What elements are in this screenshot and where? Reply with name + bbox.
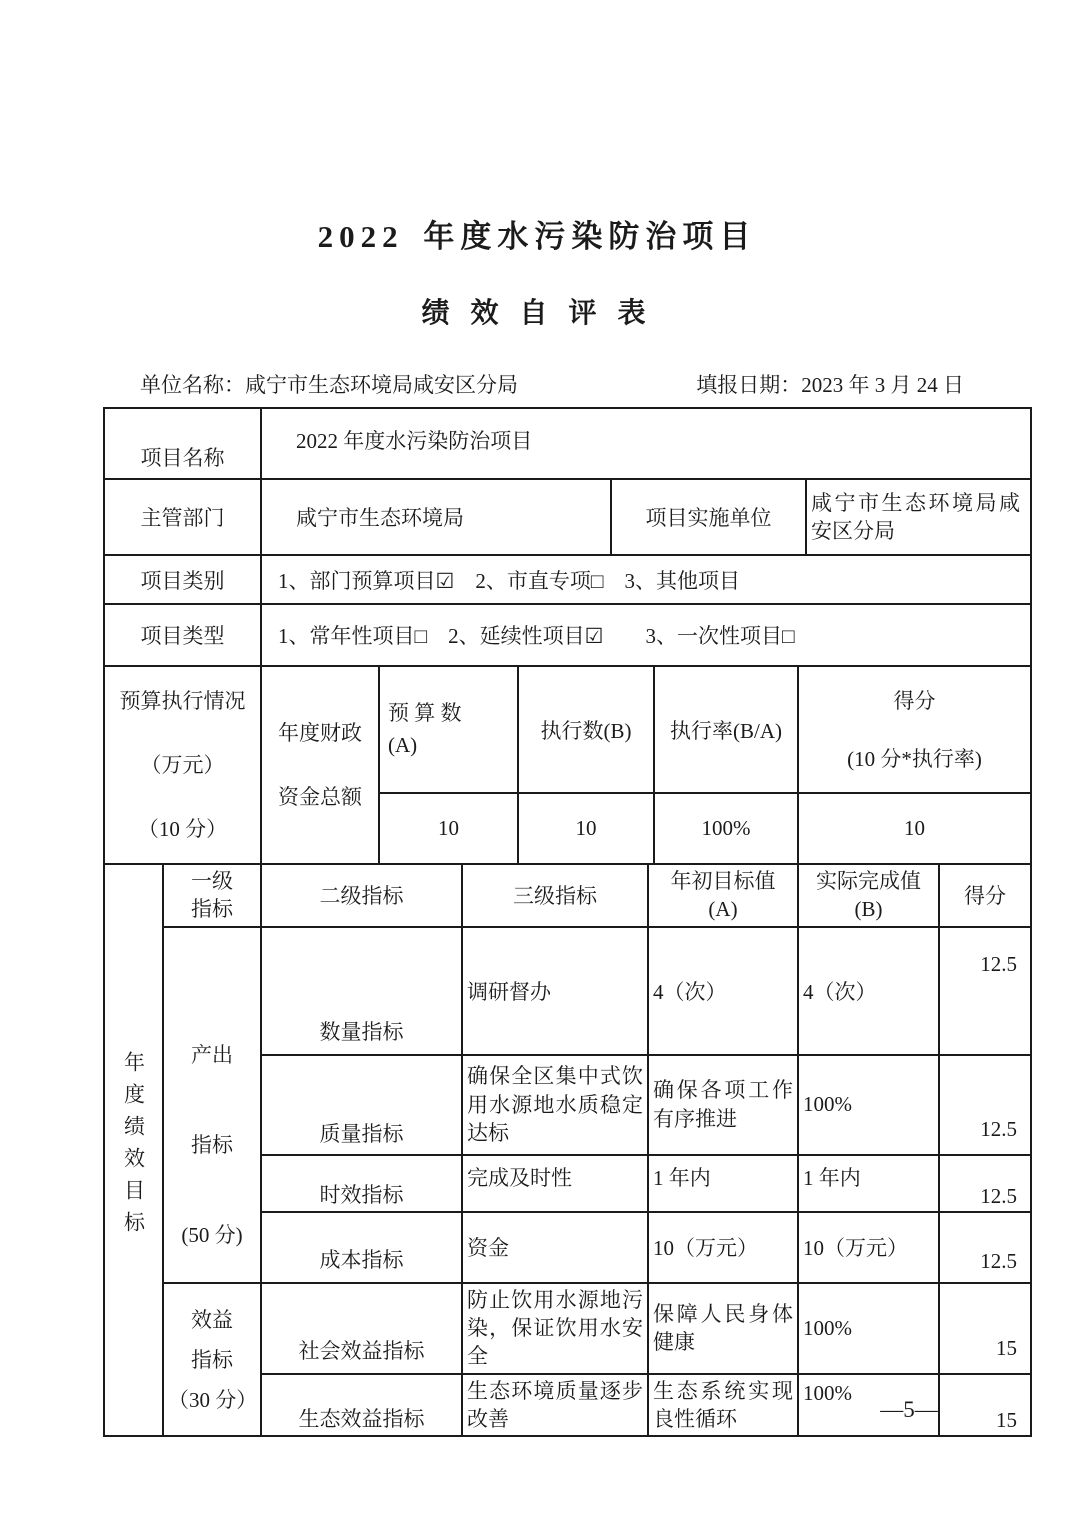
implementing-unit-value: 咸宁市生态环境局咸安区分局 [806,479,1031,555]
project-name-value: 2022 年度水污染防治项目 [261,408,1031,479]
header-level3: 三级指标 [462,864,648,927]
table-row: 年度绩效目标 一级 指标 二级指标 三级指标 年初目标值 (A) 实际完成值 (… [104,864,1031,927]
info-line: 单位名称：咸宁市生态环境局咸安区分局 填报日期：2023 年 3 月 24 日 [140,369,964,399]
document-page: 2022 年度水污染防治项目 绩 效 自 评 表 单位名称：咸宁市生态环境局咸安… [0,0,1074,1520]
perf-level3: 调研督办 [462,927,648,1055]
budget-score-value: 10 [798,793,1031,864]
report-date-label: 填报日期： [696,373,801,397]
implementing-unit-label: 项目实施单位 [611,479,806,555]
budget-value: 10 [379,793,518,864]
perf-level3: 完成及时性 [462,1155,648,1212]
budget-section-label: 预算执行情况 （万元） （10 分） [104,666,261,864]
table-row: 项目名称 2022 年度水污染防治项目 [104,408,1031,479]
perf-score: 12.5 [939,1212,1031,1283]
perf-score: 12.5 [939,1055,1031,1155]
project-name-label: 项目名称 [104,408,261,479]
document-subtitle: 绩 效 自 评 表 [0,291,1074,331]
report-date-field: 填报日期：2023 年 3 月 24 日 [696,369,964,399]
performance-section-label: 年度绩效目标 [119,1051,149,1243]
rate-value: 100% [654,793,798,864]
perf-actual: 1 年内 [798,1155,939,1212]
perf-level3: 确保全区集中式饮用水源地水质稳定达标 [462,1055,648,1155]
perf-level3: 生态环境质量逐步改善 [462,1374,648,1437]
perf-target: 生态系统实现良性循环 [648,1374,798,1437]
perf-score: 15 [939,1283,1031,1374]
perf-level2: 数量指标 [261,927,462,1055]
unit-name-value: 咸宁市生态环境局咸安区分局 [245,373,518,397]
perf-actual: 100% [798,1283,939,1374]
header-score: 得分 [939,864,1031,927]
perf-target: 10（万元） [648,1212,798,1283]
budget-col-header: 预 算 数 (A) [379,666,518,793]
header-target: 年初目标值 (A) [648,864,798,927]
supervisor-label: 主管部门 [104,479,261,555]
table-row: 项目类别 1、部门预算项目☑ 2、市直专项□ 3、其他项目 [104,555,1031,604]
table-row: 产出 指标 (50 分) 数量指标 调研督办 4（次） 4（次） 12.5 [104,927,1031,1055]
perf-score: 12.5 [939,927,1031,1055]
perf-target: 确保各项工作有序推进 [648,1055,798,1155]
report-date-value: 2023 年 3 月 24 日 [801,373,964,397]
performance-table: 年度绩效目标 一级 指标 二级指标 三级指标 年初目标值 (A) 实际完成值 (… [103,863,1032,1437]
document-title: 2022 年度水污染防治项目 [0,211,1074,256]
perf-target: 1 年内 [648,1155,798,1212]
perf-level2: 时效指标 [261,1155,462,1212]
perf-actual: 100% [798,1055,939,1155]
perf-target: 4（次） [648,927,798,1055]
table-row: 预算执行情况 （万元） （10 分） 年度财政 资金总额 预 算 数 (A) 执… [104,666,1031,793]
header-level2: 二级指标 [261,864,462,927]
performance-section-cell: 年度绩效目标 [104,864,163,1436]
category-label: 项目类别 [104,555,261,604]
rate-col-header: 执行率(B/A) [654,666,798,793]
perf-level3: 资金 [462,1212,648,1283]
table-row: 效益 指标 （30 分） 社会效益指标 防止饮用水源地污染，保证饮用水安全 保障… [104,1283,1031,1374]
table-row: 项目类型 1、常年性项目□ 2、延续性项目☑ 3、一次性项目□ [104,604,1031,666]
project-info-table: 项目名称 2022 年度水污染防治项目 主管部门 咸宁市生态环境局 项目实施单位… [103,407,1032,667]
group-output-label: 产出 指标 (50 分) [163,927,261,1283]
perf-level3: 防止饮用水源地污染，保证饮用水安全 [462,1283,648,1374]
score-col-header: 得分 (10 分*执行率) [798,666,1031,793]
perf-level2: 质量指标 [261,1055,462,1155]
group-benefit-label: 效益 指标 （30 分） [163,1283,261,1437]
perf-target: 保障人民身体健康 [648,1283,798,1374]
executed-value: 10 [518,793,654,864]
perf-actual: 10（万元） [798,1212,939,1283]
category-value: 1、部门预算项目☑ 2、市直专项□ 3、其他项目 [261,555,1031,604]
table-row: 主管部门 咸宁市生态环境局 项目实施单位 咸宁市生态环境局咸安区分局 [104,479,1031,555]
unit-name-field: 单位名称：咸宁市生态环境局咸安区分局 [140,369,518,399]
perf-level2: 社会效益指标 [261,1283,462,1374]
page-number: —5— [853,1397,965,1423]
perf-level2: 成本指标 [261,1212,462,1283]
executed-col-header: 执行数(B) [518,666,654,793]
unit-name-label: 单位名称： [140,373,245,397]
perf-score: 12.5 [939,1155,1031,1212]
evaluation-table: 项目名称 2022 年度水污染防治项目 主管部门 咸宁市生态环境局 项目实施单位… [103,407,1032,1437]
perf-actual: 4（次） [798,927,939,1055]
supervisor-value: 咸宁市生态环境局 [261,479,611,555]
perf-level2: 生态效益指标 [261,1374,462,1437]
type-label: 项目类型 [104,604,261,666]
budget-table: 预算执行情况 （万元） （10 分） 年度财政 资金总额 预 算 数 (A) 执… [103,665,1032,865]
type-value: 1、常年性项目□ 2、延续性项目☑ 3、一次性项目□ [261,604,1031,666]
header-level1: 一级 指标 [163,864,261,927]
annual-fund-label: 年度财政 资金总额 [261,666,379,864]
header-actual: 实际完成值 (B) [798,864,939,927]
